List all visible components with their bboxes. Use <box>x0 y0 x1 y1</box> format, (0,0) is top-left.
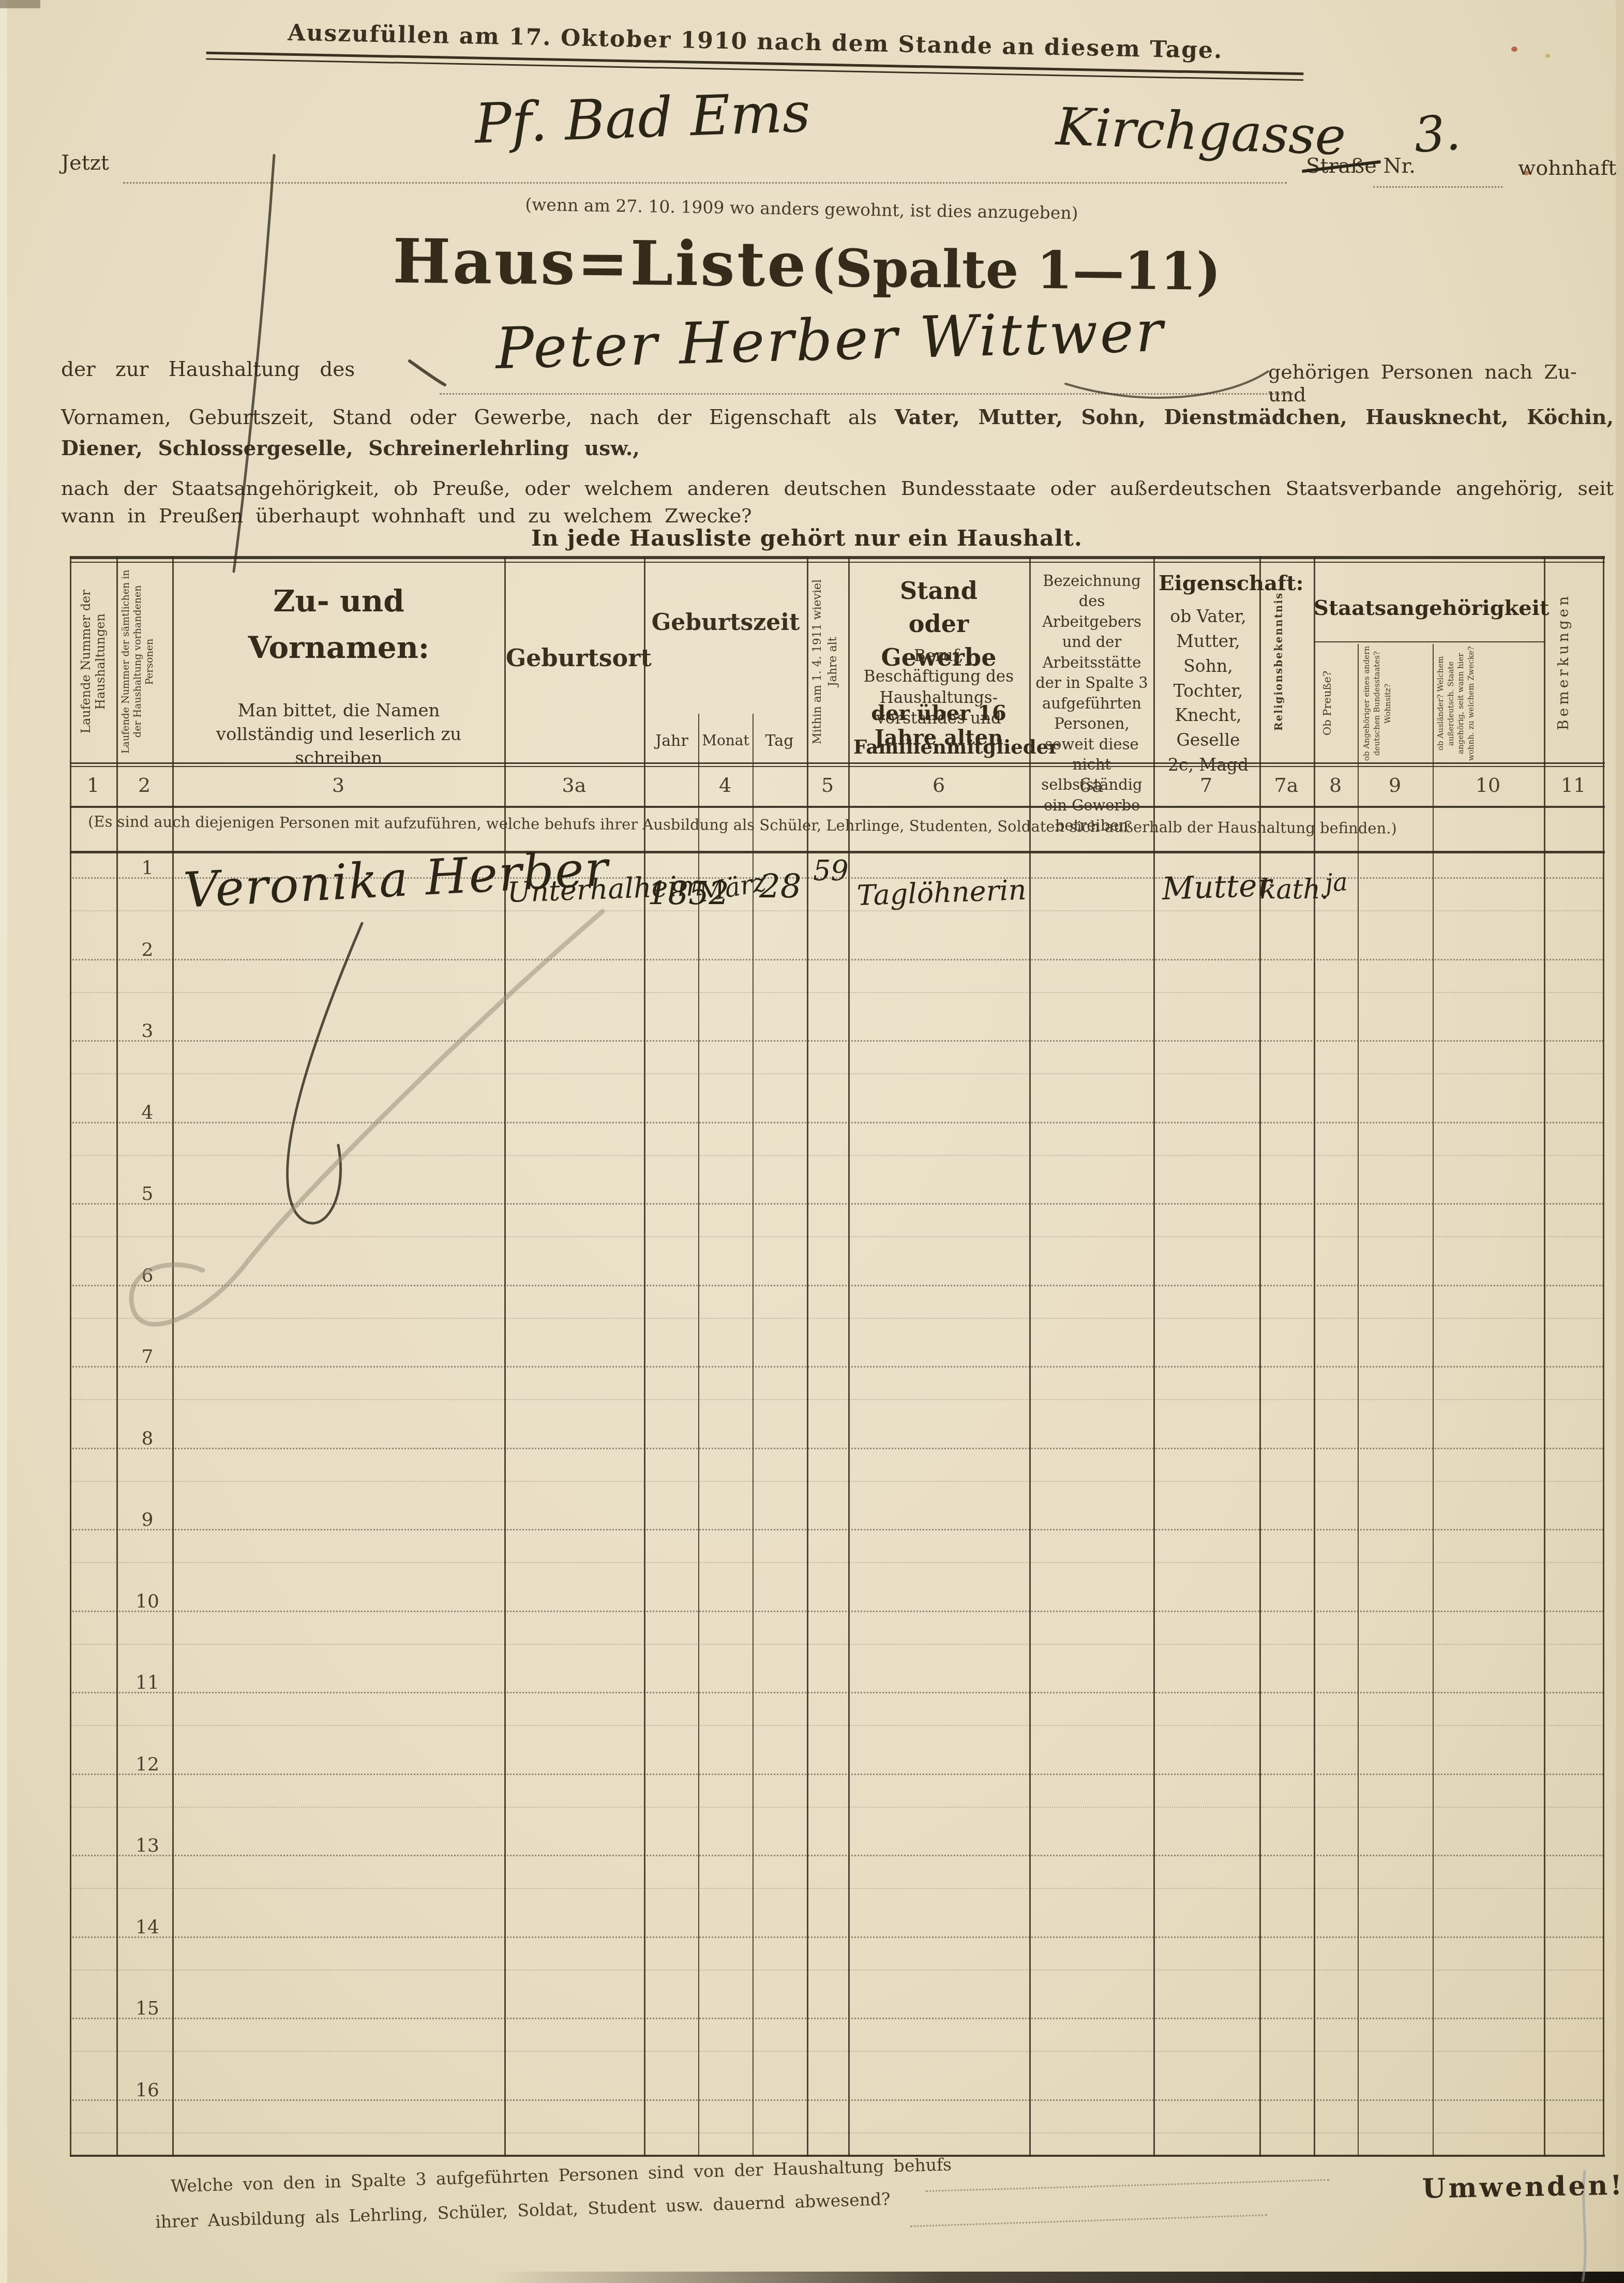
column10-header: ob Ausländer? Welchem außerdeutsch. Staa… <box>1436 645 1541 761</box>
row-number: 3 <box>131 1020 164 1042</box>
column11-header: Bemerkungen <box>1555 564 1599 759</box>
bottom-shadow-band <box>491 2272 1624 2283</box>
page-title: Haus=Liste (Spalte 1—11) <box>165 223 1448 306</box>
column2-header: Laufende Nummer der sämtlichen in der Ha… <box>120 564 170 759</box>
row-number: 11 <box>131 1672 164 1693</box>
row-guide-line <box>70 2132 1603 2134</box>
staatsangehoerigkeit-group-header: Staatsangehörigkeit <box>1314 596 1545 620</box>
footer-dotted-line1 <box>926 2179 1329 2192</box>
column9-header: ob Angehöriger eines andern deutschen Bu… <box>1361 645 1430 761</box>
row-number: 16 <box>131 2080 164 2101</box>
row-writing-line <box>70 1040 1603 1042</box>
row-number: 9 <box>131 1509 164 1530</box>
left-scan-edge <box>0 0 7 2283</box>
location-handwriting: Pf. Bad Ems <box>474 80 811 156</box>
wohnhaft-label: wohnhaft <box>1518 156 1616 180</box>
row-writing-line <box>70 1774 1603 1775</box>
entry-occupation-handwriting: Taglöhnerin <box>856 874 1027 912</box>
row-guide-line <box>70 1236 1603 1237</box>
number-dotted-line <box>1373 186 1502 188</box>
staatsangehoerigkeit-underline <box>1314 641 1545 642</box>
footer-question-line2: ihrer Ausbildung als Lehrling, Schüler, … <box>155 2189 891 2232</box>
table-row: 13 <box>70 1831 1603 1913</box>
column-number: 9 <box>1372 774 1418 797</box>
row-guide-line <box>70 992 1603 993</box>
address-dotted-line <box>123 182 1287 184</box>
column-number: 5 <box>804 774 851 797</box>
column4-sub-jahr: Jahr <box>645 732 698 750</box>
column7-subtitle: ob Vater, Mutter, Sohn, Tochter, Knecht,… <box>1164 604 1253 777</box>
nr-word: Nr. <box>1384 154 1416 178</box>
table-note: (Es sind auch diejenigen Personen mit au… <box>88 813 1433 837</box>
column-number: 8 <box>1312 774 1359 797</box>
row-number: 2 <box>131 939 164 960</box>
house-number-handwriting: 3. <box>1412 104 1462 164</box>
column-number: 11 <box>1550 774 1597 797</box>
column-number: 7 <box>1183 774 1229 797</box>
column7-title: Eigenschaft: <box>1159 571 1258 595</box>
column-number: 1 <box>70 774 116 797</box>
entry-religion-handwriting: kath. <box>1260 874 1329 905</box>
column6-bold-line2: Familienmitglieder <box>853 735 1024 758</box>
top-instruction-text: Auszufüllen am 17. Oktober 1910 nach dem… <box>222 18 1288 65</box>
entry-age-handwriting: 59 <box>813 854 849 887</box>
residence-note: (wenn am 27. 10. 1909 wo anders gewohnt,… <box>336 191 1267 226</box>
strasse-nr-label: Straße Nr. <box>1306 154 1416 178</box>
row-writing-line <box>70 1122 1603 1123</box>
row-guide-line <box>70 1644 1603 1645</box>
row-writing-line <box>70 1366 1603 1368</box>
row-guide-line <box>70 1562 1603 1563</box>
column-number: 6a <box>1068 774 1115 797</box>
jetzt-label: Jetzt <box>61 151 109 175</box>
row-writing-line <box>70 959 1603 960</box>
row-writing-line <box>70 1529 1603 1530</box>
row-number: 8 <box>131 1428 164 1449</box>
column3-subtitle: Man bittet, die Namen vollständig und le… <box>189 699 489 771</box>
row-guide-line <box>70 1073 1603 1074</box>
des-correction-stroke <box>410 361 445 385</box>
table-rule <box>70 562 1605 563</box>
column-number: 3a <box>551 774 597 797</box>
row-guide-line <box>70 1399 1603 1400</box>
row-writing-line <box>70 2099 1603 2101</box>
row-writing-line <box>70 2018 1603 2019</box>
column-number: 10 <box>1465 774 1511 797</box>
column8-header: Ob Preuße? <box>1321 645 1352 760</box>
column-number: 7a <box>1263 774 1310 797</box>
page-title-range: (Spalte 1—11) <box>810 237 1221 302</box>
column5-header: Mithin am 1. 4. 1911 wieviel Jahre alt <box>810 564 846 759</box>
column4-sub-monat: Monat <box>699 732 752 749</box>
table-row: 7 <box>70 1342 1603 1424</box>
intro-p1-normal: Vornamen, Geburtszeit, Stand oder Gewerb… <box>61 406 877 429</box>
row-number: 15 <box>131 1998 164 2019</box>
footer-dotted-line2 <box>910 2214 1267 2227</box>
column4-sub-tag: Tag <box>754 732 805 750</box>
table-row: 10 <box>70 1587 1603 1669</box>
one-household-note: In jede Hausliste gehört nur ein Haushal… <box>166 525 1448 551</box>
column3-title: Zu- und Vornamen: <box>230 578 447 671</box>
row-number: 7 <box>131 1346 164 1368</box>
entry-eigenschaft-handwriting: Mutter <box>1162 867 1273 907</box>
table-row: 12 <box>70 1750 1603 1831</box>
table-row: 6 <box>70 1261 1603 1343</box>
column-number: 2 <box>121 774 168 797</box>
stain-speck <box>1511 47 1517 52</box>
row-guide-line <box>70 1725 1603 1726</box>
row-writing-line <box>70 1203 1603 1205</box>
strasse-word: Straße <box>1306 154 1377 178</box>
table-row: 15 <box>70 1994 1603 2076</box>
column-number: 3 <box>315 774 362 797</box>
row-guide-line <box>70 2051 1603 2052</box>
row-writing-line <box>70 1855 1603 1856</box>
table-rule <box>70 556 1605 559</box>
row-number: 5 <box>131 1183 164 1205</box>
row-guide-line <box>70 1970 1603 1971</box>
household-dotted-line <box>440 393 1293 395</box>
household-label: der zur Haushaltung des <box>61 358 355 381</box>
table-row: 3 <box>70 1016 1603 1098</box>
turn-over-label: Umwenden! <box>1422 2170 1624 2205</box>
table-rule <box>70 806 1605 808</box>
page-title-main: Haus=Liste <box>393 225 808 301</box>
row-number: 1 <box>131 858 164 879</box>
row-writing-line <box>70 1692 1603 1693</box>
table-row: 11 <box>70 1668 1603 1750</box>
household-right-text: gehörigen Personen nach Zu- und <box>1268 361 1624 406</box>
row-number: 14 <box>131 1917 164 1938</box>
row-writing-line <box>70 1611 1603 1612</box>
table-rows: 1 2 3 4 5 6 <box>70 853 1603 2157</box>
entry-birth-day-handwriting: 28 <box>759 868 801 906</box>
census-form-page: Auszufüllen am 17. Oktober 1910 nach dem… <box>0 0 1624 2283</box>
row-guide-line <box>70 1155 1603 1156</box>
column1-header: Laufende Nummer der Haushaltungen <box>79 564 111 759</box>
table-row: 4 <box>70 1098 1603 1180</box>
intro-paragraph-1: Vornamen, Geburtszeit, Stand oder Gewerb… <box>61 402 1614 464</box>
table-row: 5 <box>70 1179 1603 1261</box>
row-number: 10 <box>131 1591 164 1612</box>
stain-speck <box>1545 54 1550 58</box>
column-number: 4 <box>702 774 748 797</box>
column7a-header: Religionsbekenntnis <box>1272 564 1304 759</box>
right-scan-edge <box>1616 0 1624 2283</box>
footer-question-line1: Welche von den in Spalte 3 aufgeführten … <box>171 2154 952 2196</box>
table-row: 9 <box>70 1505 1603 1587</box>
street-handwriting: Kirchgasse <box>1055 96 1347 167</box>
row-number: 13 <box>131 1835 164 1856</box>
top-left-mark <box>0 0 40 8</box>
row-guide-line <box>70 1888 1603 1889</box>
row-writing-line <box>70 1285 1603 1286</box>
top-instruction: Auszufüllen am 17. Oktober 1910 nach dem… <box>222 18 1288 81</box>
table-row: 14 <box>70 1913 1603 1994</box>
column4-title: Geburtszeit <box>646 609 805 636</box>
row-number: 4 <box>131 1102 164 1123</box>
row-guide-line <box>70 1481 1603 1482</box>
row-number: 12 <box>131 1754 164 1775</box>
table-row: 16 <box>70 2076 1603 2157</box>
column-number: 6 <box>915 774 962 797</box>
entry-preusse-handwriting: ja <box>1324 867 1348 898</box>
household-head-handwriting: Peter Herber Wittwer <box>495 298 1166 382</box>
row-writing-line <box>70 1448 1603 1449</box>
row-guide-line <box>70 1318 1603 1319</box>
row-number: 6 <box>131 1265 164 1286</box>
row-writing-line <box>70 1936 1603 1938</box>
table-row: 8 <box>70 1424 1603 1506</box>
intro-paragraph-2: nach der Staatsangehörigkeit, ob Preuße,… <box>61 475 1614 530</box>
column3a-title: Geburtsort <box>506 644 642 672</box>
table-row: 2 <box>70 935 1603 1017</box>
row-guide-line <box>70 1807 1603 1808</box>
